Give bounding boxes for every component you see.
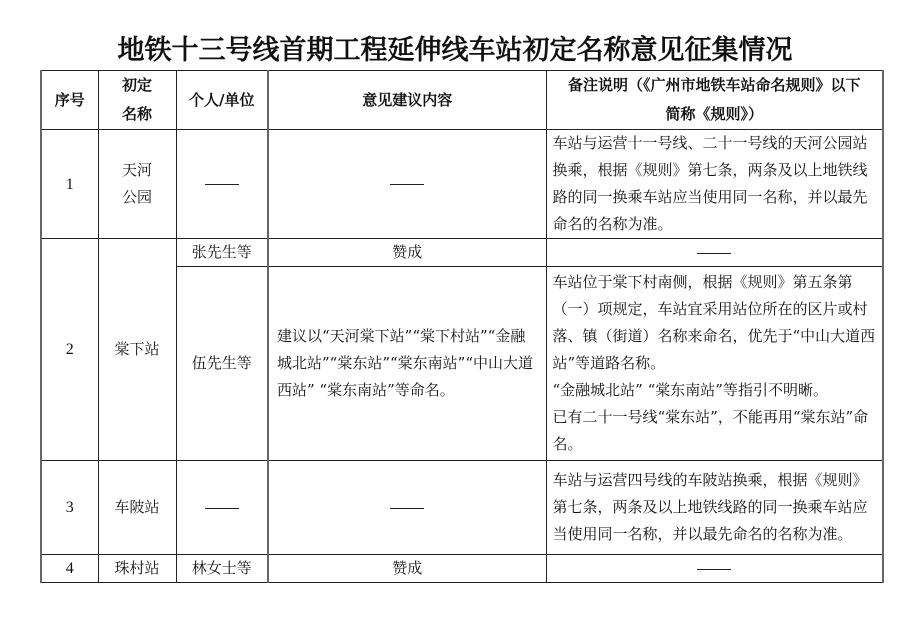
note-cell: 车站位于棠下村南侧，根据《规则》第五条第（一）项规定，车站宜采用站位所在的区片或…: [546, 267, 883, 461]
station-name-line2: 公园: [99, 184, 176, 211]
table-row: 2 棠下站 张先生等 赞成: [41, 239, 883, 267]
person-cell: 张先生等: [176, 239, 268, 267]
note-paragraph: “金融城北站” “棠东南站”等指引不明晰。: [553, 377, 879, 404]
station-name-line1: 天河: [99, 157, 176, 184]
header-name-line1: 初定: [99, 71, 176, 100]
station-name: 棠下站: [98, 239, 176, 461]
header-index: 序号: [41, 71, 98, 130]
row-index: 3: [41, 461, 98, 555]
dash-placeholder: [390, 184, 424, 185]
document-title: 地铁十三号线首期工程延伸线车站初定名称意见征集情况: [0, 33, 910, 69]
opinion-cell: 赞成: [268, 555, 546, 583]
row-index: 2: [41, 239, 98, 461]
dash-placeholder: [697, 569, 731, 570]
opinion-table: 序号 初定 名称 个人/单位 意见建议内容 备注说明（《广州市地铁车站命名规则》…: [40, 70, 884, 583]
note-paragraph: 已有二十一号线“棠东站”，不能再用“棠东站”命名。: [553, 404, 879, 458]
row-index: 4: [41, 555, 98, 583]
person-cell: [176, 461, 268, 555]
opinion-cell: 赞成: [268, 239, 546, 267]
header-name: 初定 名称: [98, 71, 176, 130]
opinion-cell: [268, 461, 546, 555]
header-row: 序号 初定 名称 个人/单位 意见建议内容 备注说明（《广州市地铁车站命名规则》…: [41, 71, 883, 130]
opinion-cell: [268, 130, 546, 239]
station-name: 珠村站: [98, 555, 176, 583]
header-note-line1: 备注说明（《广州市地铁车站命名规则》以下: [547, 71, 883, 100]
header-name-line2: 名称: [99, 100, 176, 129]
header-opinion: 意见建议内容: [268, 71, 546, 130]
note-cell: [546, 239, 883, 267]
station-name: 车陂站: [98, 461, 176, 555]
row-index: 1: [41, 130, 98, 239]
table-row: 3 车陂站 车站与运营四号线的车陂站换乘，根据《规则》第七条，两条及以上地铁线路…: [41, 461, 883, 555]
header-note-line2: 简称《规则》）: [547, 100, 883, 129]
person-cell: [176, 130, 268, 239]
opinion-cell: 建议以“天河棠下站”“棠下村站”“金融城北站”“棠东站”“棠东南站”“中山大道西…: [268, 267, 546, 461]
header-person: 个人/单位: [176, 71, 268, 130]
person-cell: 林女士等: [176, 555, 268, 583]
station-name: 天河 公园: [98, 130, 176, 239]
person-cell: 伍先生等: [176, 267, 268, 461]
header-note: 备注说明（《广州市地铁车站命名规则》以下 简称《规则》）: [546, 71, 883, 130]
dash-placeholder: [205, 184, 239, 185]
note-cell: 车站与运营十一号线、二十一号线的天河公园站换乘，根据《规则》第七条，两条及以上地…: [546, 130, 883, 239]
table-row: 1 天河 公园 车站与运营十一号线、二十一号线的天河公园站换乘，根据《规则》第七…: [41, 130, 883, 239]
table-row: 4 珠村站 林女士等 赞成: [41, 555, 883, 583]
note-cell: 车站与运营四号线的车陂站换乘，根据《规则》第七条，两条及以上地铁线路的同一换乘车…: [546, 461, 883, 555]
dash-placeholder: [390, 508, 424, 509]
note-paragraph: 车站位于棠下村南侧，根据《规则》第五条第（一）项规定，车站宜采用站位所在的区片或…: [553, 269, 879, 377]
dash-placeholder: [697, 253, 731, 254]
note-cell: [546, 555, 883, 583]
dash-placeholder: [205, 508, 239, 509]
